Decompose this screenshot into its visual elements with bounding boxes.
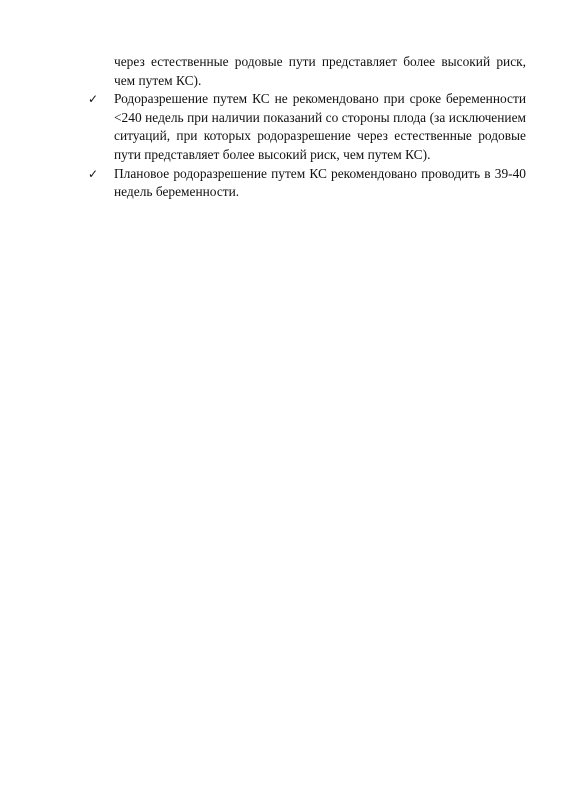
bullet-item-cs-not-recommended: ✓ Родоразрешение путем КС не рекомендова… <box>86 90 526 164</box>
checkmark-icon: ✓ <box>88 165 98 184</box>
bullet-text: Плановое родоразрешение путем КС рекомен… <box>114 166 526 200</box>
continuation-paragraph: через естественные родовые пути представ… <box>86 53 526 90</box>
document-content: через естественные родовые пути представ… <box>86 53 526 202</box>
checkmark-icon: ✓ <box>88 90 98 109</box>
bullet-item-planned-cs: ✓ Плановое родоразрешение путем КС реком… <box>86 165 526 202</box>
document-page: через естественные родовые пути представ… <box>0 0 566 800</box>
bullet-text: Родоразрешение путем КС не рекомендовано… <box>114 91 526 162</box>
